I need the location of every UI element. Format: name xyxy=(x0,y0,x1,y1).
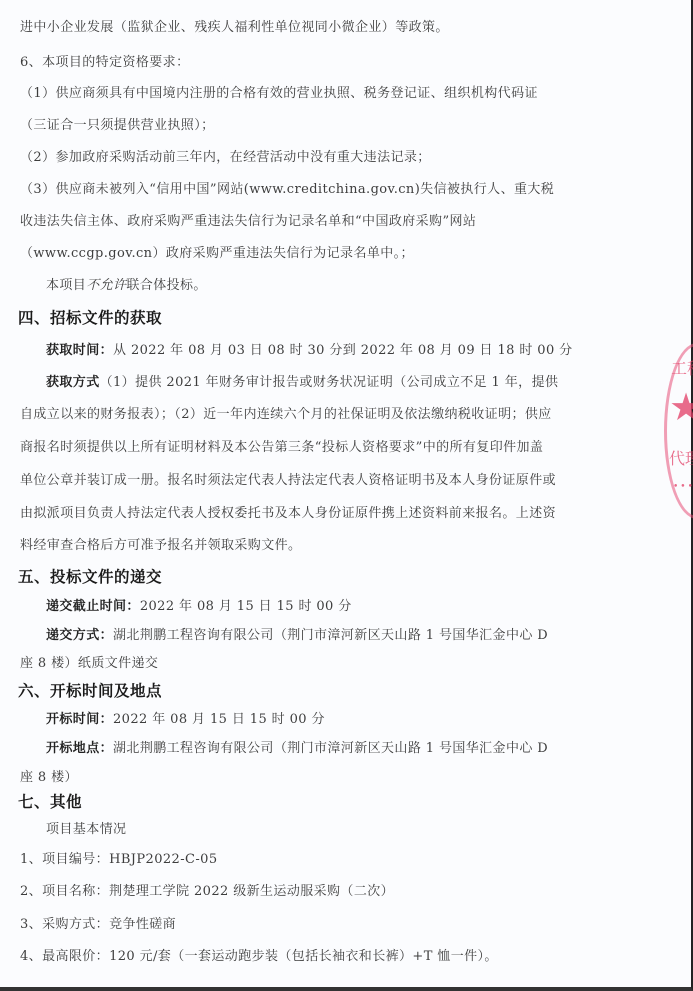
submit-method-label: 递交方式： xyxy=(46,628,113,643)
consortium-line: 本项目不允许联合体投标。 xyxy=(46,278,207,294)
consortium-suffix: 联合体投标。 xyxy=(126,278,206,293)
requirement-3-line2: 收违法失信主体、政府采购严重违法失信行为记录名单和“中国政府采购”网站 xyxy=(20,214,476,230)
opening-place-line2: 座 8 楼） xyxy=(20,770,78,786)
opening-time-label: 开标时间： xyxy=(46,712,113,727)
opening-place-line1: 开标地点：湖北荆鹏工程咨询有限公司（荆门市漳河新区天山路 1 号国华汇金中心 D xyxy=(46,741,548,757)
deadline-label: 递交截止时间： xyxy=(46,599,140,614)
item-value: 荆楚理工学院 2022 级新生运动服采购（二次） xyxy=(109,884,394,899)
item6-title: 6、本项目的特定资格要求： xyxy=(20,55,189,71)
requirement-1-line1: （1）供应商须具有中国境内注册的合格有效的营业执照、税务登记证、组织机构代码证 xyxy=(20,86,538,102)
item-value: 120 元/套（一套运动跑步装（包括长袖衣和长裤）+T 恤一件）。 xyxy=(109,949,498,964)
acquire-method-line5: 由拟派项目负责人持法定代表人授权委托书及本人身份证原件携上述资料前来报名。上述资 xyxy=(20,506,556,522)
acquire-time-line: 获取时间：从 2022 年 08 月 03 日 08 时 30 分到 2022 … xyxy=(46,343,573,359)
item-label: 3、采购方式： xyxy=(20,917,109,932)
seal-top-text: 工程 xyxy=(671,356,693,379)
section-5-heading: 五、投标文件的递交 xyxy=(18,568,162,586)
item-label: 1、项目编号： xyxy=(20,852,109,867)
opening-time-value: 2022 年 08 月 15 日 15 时 00 分 xyxy=(113,712,325,727)
section-6-heading: 六、开标时间及地点 xyxy=(18,682,162,700)
policy-line: 进中小企业发展（监狱企业、残疾人福利性单位视同小微企业）等政策。 xyxy=(20,20,449,36)
opening-place-text1: 湖北荆鹏工程咨询有限公司（荆门市漳河新区天山路 1 号国华汇金中心 D xyxy=(113,741,548,756)
submit-method-line1: 递交方式：湖北荆鹏工程咨询有限公司（荆门市漳河新区天山路 1 号国华汇金中心 D xyxy=(46,628,548,644)
acquire-time-label: 获取时间： xyxy=(46,343,113,358)
acquire-method-line2: 自成立以来的财务报表）；（2）近一年内连续六个月的社保证明及依法缴纳税收证明；供… xyxy=(20,407,552,423)
item-label: 2、项目名称： xyxy=(20,884,109,899)
opening-time-line: 开标时间：2022 年 08 月 15 日 15 时 00 分 xyxy=(46,712,325,728)
deadline-value: 2022 年 08 月 15 日 15 时 00 分 xyxy=(140,599,352,614)
acquire-method-label: 获取方式 xyxy=(46,375,100,390)
seal-star-icon: ★ xyxy=(669,388,693,426)
project-item-number: 1、项目编号：HBJP2022-C-05 xyxy=(20,852,218,868)
submit-method-text1: 湖北荆鹏工程咨询有限公司（荆门市漳河新区天山路 1 号国华汇金中心 D xyxy=(113,628,548,643)
consortium-emphasis: 不允许 xyxy=(86,278,126,293)
section-7-heading: 七、其他 xyxy=(18,793,82,811)
acquire-method-line3: 商报名时须提供以上所有证明材料及本公告第三条“投标人资格要求”中的所有复印件加盖 xyxy=(20,440,543,456)
project-item-method: 3、采购方式：竞争性磋商 xyxy=(20,917,176,933)
requirement-2: （2）参加政府采购活动前三年内，在经营活动中没有重大违法记录； xyxy=(20,150,431,166)
acquire-method-line4: 单位公章并装订成一册。报名时须法定代表人持法定代表人资格证明书及本人身份证原件或 xyxy=(20,473,556,489)
requirement-3-line3: （www.ccgp.gov.cn）政府采购严重违法失信行为记录名单中。； xyxy=(20,246,414,262)
item-label: 4、最高限价： xyxy=(20,949,109,964)
acquire-method-line1: 获取方式（1）提供 2021 年财务审计报告或财务状况证明（公司成立不足 1 年… xyxy=(46,375,558,391)
document-page: 进中小企业发展（监狱企业、残疾人福利性单位视同小微企业）等政策。 6、本项目的特… xyxy=(0,0,693,991)
item-value: 竞争性磋商 xyxy=(109,917,176,932)
requirement-1-line2: （三证合一只须提供营业执照）； xyxy=(20,118,215,134)
opening-place-label: 开标地点： xyxy=(46,741,113,756)
deadline-line: 递交截止时间：2022 年 08 月 15 日 15 时 00 分 xyxy=(46,599,352,615)
item-value: HBJP2022-C-05 xyxy=(109,852,217,867)
seal-dots: •••• xyxy=(673,482,693,492)
requirement-3-line1: （3）供应商未被列入“信用中国”网站(www.creditchina.gov.c… xyxy=(20,182,554,198)
acquire-method-text1: （1）提供 2021 年财务审计报告或财务状况证明（公司成立不足 1 年，提供 xyxy=(100,375,559,390)
consortium-prefix: 本项目 xyxy=(46,278,86,293)
acquire-method-line6: 料经审查合格后方可准予报名并领取采购文件。 xyxy=(20,538,301,554)
project-item-price: 4、最高限价：120 元/套（一套运动跑步装（包括长袖衣和长裤）+T 恤一件）。 xyxy=(20,949,498,965)
project-basic-info-subheading: 项目基本情况 xyxy=(46,822,126,838)
acquire-time-value: 从 2022 年 08 月 03 日 08 时 30 分到 2022 年 08 … xyxy=(113,343,573,358)
submit-method-line2: 座 8 楼）纸质文件递交 xyxy=(20,656,158,672)
red-seal-stamp: 工程 ★ 代理 •••• xyxy=(664,343,693,519)
project-item-name: 2、项目名称：荆楚理工学院 2022 级新生运动服采购（二次） xyxy=(20,884,394,900)
section-4-heading: 四、招标文件的获取 xyxy=(18,309,162,327)
seal-bottom-text: 代理 xyxy=(669,446,693,469)
